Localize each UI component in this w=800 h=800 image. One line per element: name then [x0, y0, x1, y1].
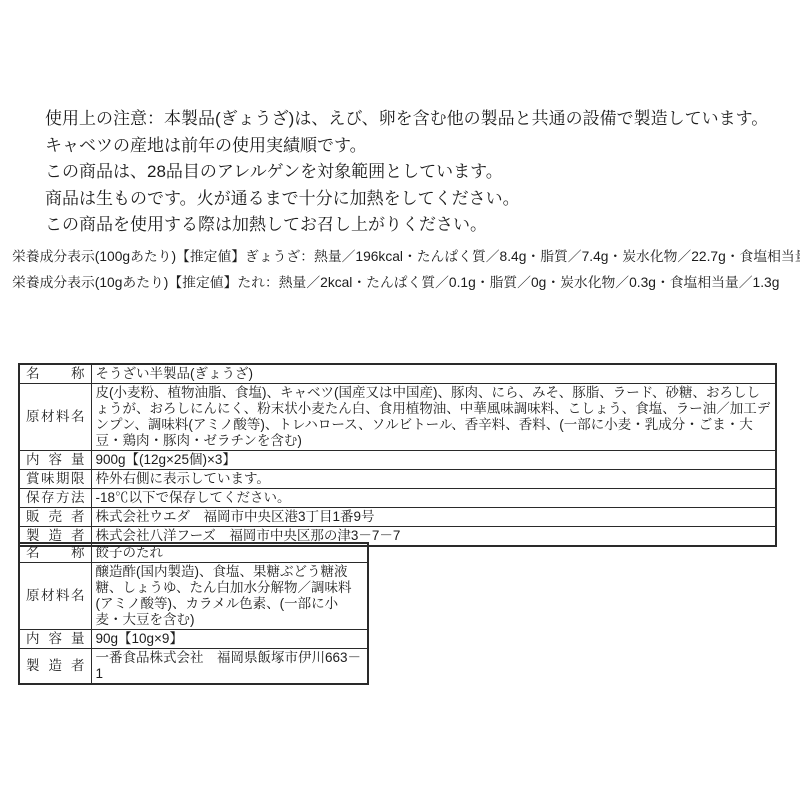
gyoza-info-table: 名称 そうざい半製品(ぎょうざ) 原材料名 皮(小麦粉、植物油脂、食塩)、キャベ…	[18, 363, 777, 547]
row-value: 餃子のたれ	[91, 543, 368, 563]
row-value: -18℃以下で保存してください。	[91, 489, 776, 508]
row-label: 原材料名	[19, 384, 91, 451]
row-label: 名称	[19, 543, 91, 563]
table-row-ingredients: 原材料名 皮(小麦粉、植物油脂、食塩)、キャベツ(国産又は中国産)、豚肉、にら、…	[19, 384, 776, 451]
row-value: 90g【10g×9】	[91, 630, 368, 649]
table-row-storage: 保存方法 -18℃以下で保存してください。	[19, 489, 776, 508]
nutrition-line-tare: 栄養成分表示(10gあたり)【推定値】たれ：熱量／2kcal・たんぱく質／0.1…	[12, 270, 800, 296]
row-value: 株式会社ウエダ 福岡市中央区港3丁目1番9号	[91, 508, 776, 527]
nutrition-line-gyoza: 栄養成分表示(100gあたり)【推定値】ぎょうざ：熱量／196kcal・たんぱく…	[12, 244, 800, 270]
row-label: 販売者	[19, 508, 91, 527]
row-label: 賞味期限	[19, 470, 91, 489]
usage-note-line: キャベツの産地は前年の使用実績順です。	[45, 133, 765, 160]
usage-note-line: この商品を使用する際は加熱してお召し上がりください。	[45, 212, 765, 239]
row-value: 枠外右側に表示しています。	[91, 470, 776, 489]
row-value: そうざい半製品(ぎょうざ)	[91, 364, 776, 384]
table-row-net-content: 内容量 900g【(12g×25個)×3】	[19, 451, 776, 470]
table-row-ingredients: 原材料名 醸造酢(国内製造)、食塩、果糖ぶどう糖液糖、しょうゆ、たん白加水分解物…	[19, 563, 368, 630]
table-row-name: 名称 そうざい半製品(ぎょうざ)	[19, 364, 776, 384]
row-value: 皮(小麦粉、植物油脂、食塩)、キャベツ(国産又は中国産)、豚肉、にら、みそ、豚脂…	[91, 384, 776, 451]
table-row-seller: 販売者 株式会社ウエダ 福岡市中央区港3丁目1番9号	[19, 508, 776, 527]
usage-notes: 使用上の注意：本製品(ぎょうざ)は、えび、卵を含む他の製品と共通の設備で製造して…	[45, 106, 765, 239]
usage-note-line: この商品は、28品目のアレルゲンを対象範囲としています。	[45, 159, 765, 186]
row-label: 原材料名	[19, 563, 91, 630]
row-label: 保存方法	[19, 489, 91, 508]
table-row-manufacturer: 製造者 一番食品株式会社 福岡県飯塚市伊川663－1	[19, 649, 368, 685]
row-label: 製造者	[19, 649, 91, 685]
row-value: 醸造酢(国内製造)、食塩、果糖ぶどう糖液糖、しょうゆ、たん白加水分解物／調味料(…	[91, 563, 368, 630]
row-label: 名称	[19, 364, 91, 384]
usage-note-line: 使用上の注意：本製品(ぎょうざ)は、えび、卵を含む他の製品と共通の設備で製造して…	[45, 106, 765, 133]
row-label: 内容量	[19, 630, 91, 649]
table-row-net-content: 内容量 90g【10g×9】	[19, 630, 368, 649]
table-row-name: 名称 餃子のたれ	[19, 543, 368, 563]
row-value: 900g【(12g×25個)×3】	[91, 451, 776, 470]
usage-note-line: 商品は生ものです。火が通るまで十分に加熱をしてください。	[45, 186, 765, 213]
table-row-best-before: 賞味期限 枠外右側に表示しています。	[19, 470, 776, 489]
nutrition-facts: 栄養成分表示(100gあたり)【推定値】ぎょうざ：熱量／196kcal・たんぱく…	[12, 244, 800, 296]
row-value: 一番食品株式会社 福岡県飯塚市伊川663－1	[91, 649, 368, 685]
tare-info-table: 名称 餃子のたれ 原材料名 醸造酢(国内製造)、食塩、果糖ぶどう糖液糖、しょうゆ…	[18, 542, 369, 685]
row-label: 内容量	[19, 451, 91, 470]
